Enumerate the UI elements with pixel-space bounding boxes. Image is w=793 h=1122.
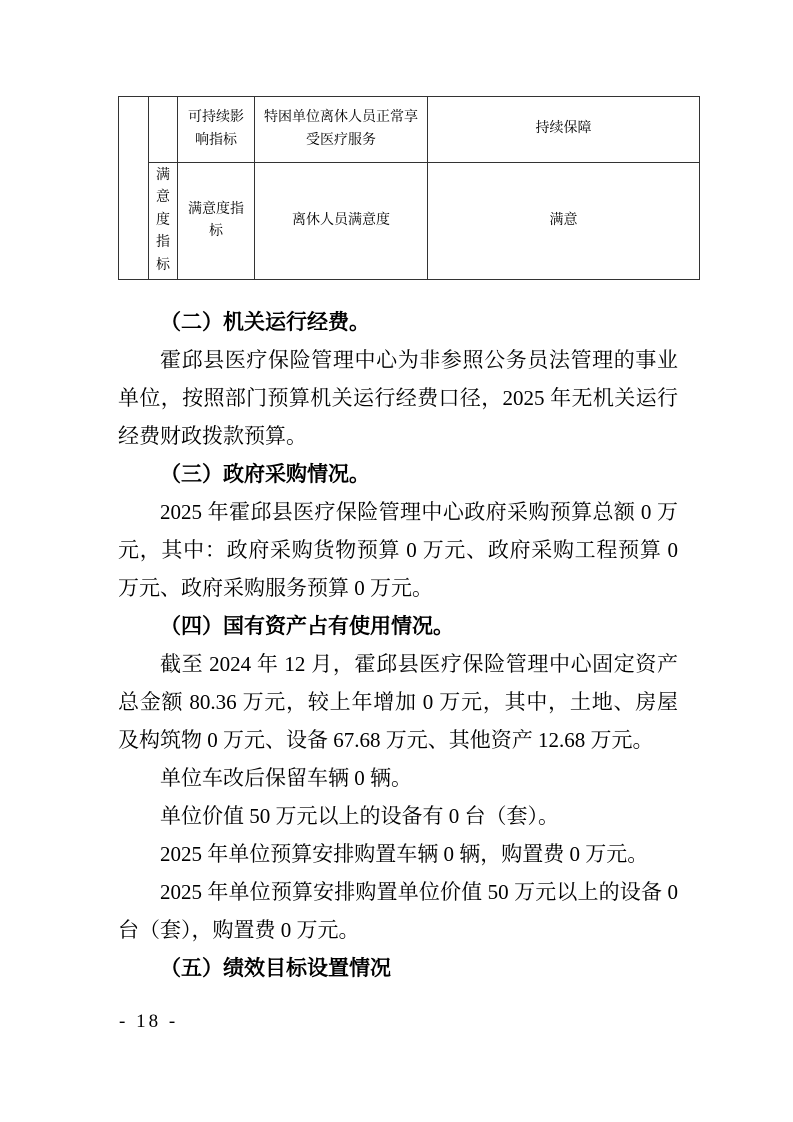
paragraph: 2025 年单位预算安排购置单位价值 50 万元以上的设备 0 台（套），购置费… <box>118 873 678 949</box>
table-cell-indicator-type: 可持续影响指标 <box>178 97 255 163</box>
table-cell-category: 满意度指标 <box>149 163 178 280</box>
paragraph: 单位车改后保留车辆 0 辆。 <box>118 759 678 797</box>
table-row: 可持续影响指标 特困单位离休人员正常享受医疗服务 持续保障 <box>119 97 700 163</box>
paragraph: 2025 年霍邱县医疗保险管理中心政府采购预算总额 0 万元，其中：政府采购货物… <box>118 493 678 607</box>
paragraph: 霍邱县医疗保险管理中心为非参照公务员法管理的事业单位，按照部门预算机关运行经费口… <box>118 341 678 455</box>
section-heading-4: （四）国有资产占有使用情况。 <box>118 607 678 645</box>
section-heading-5: （五）绩效目标设置情况 <box>118 949 678 987</box>
section-heading-2: （二）机关运行经费。 <box>118 303 678 341</box>
document-body: （二）机关运行经费。 霍邱县医疗保险管理中心为非参照公务员法管理的事业单位，按照… <box>118 303 678 987</box>
table-cell-indicator-type: 满意度指标 <box>178 163 255 280</box>
page-number: - 18 - <box>119 1011 178 1033</box>
document-page: 可持续影响指标 特困单位离休人员正常享受医疗服务 持续保障 满意度指标 满意度指… <box>0 0 793 1122</box>
paragraph: 截至 2024 年 12 月，霍邱县医疗保险管理中心固定资产总金额 80.36 … <box>118 645 678 759</box>
table-cell-category <box>149 97 178 163</box>
table-cell-indicator-name: 特困单位离休人员正常享受医疗服务 <box>255 97 428 163</box>
table-cell-indicator-name: 离休人员满意度 <box>255 163 428 280</box>
section-heading-3: （三）政府采购情况。 <box>118 455 678 493</box>
table-cell-indicator-value: 满意 <box>428 163 700 280</box>
table-cell-indicator-value: 持续保障 <box>428 97 700 163</box>
paragraph: 单位价值 50 万元以上的设备有 0 台（套）。 <box>118 797 678 835</box>
paragraph: 2025 年单位预算安排购置车辆 0 辆，购置费 0 万元。 <box>118 835 678 873</box>
table-row: 满意度指标 满意度指标 离休人员满意度 满意 <box>119 163 700 280</box>
performance-indicator-table: 可持续影响指标 特困单位离休人员正常享受医疗服务 持续保障 满意度指标 满意度指… <box>118 96 700 280</box>
table-cell-category-group <box>119 97 149 280</box>
